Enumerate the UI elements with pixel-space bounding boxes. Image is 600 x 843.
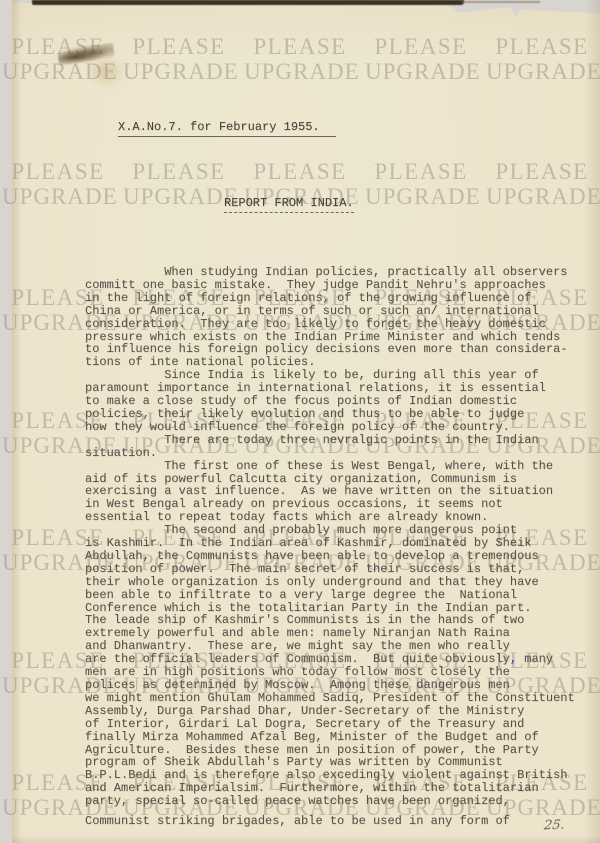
reference-heading: X.A.No.7. for February 1955.: [118, 120, 336, 137]
text-line: polices as determined by Moscow. Among t…: [85, 679, 575, 692]
scan-top-edge-right: [462, 1, 540, 3]
watermark-text: PLEASEUPGRADE: [486, 158, 598, 209]
text-line: party, special so-called peace watches h…: [85, 795, 575, 808]
text-line: finally Mirza Mohammed Afzal Beg, Minist…: [85, 731, 575, 744]
watermark-text: PLEASEUPGRADE: [244, 33, 356, 84]
text-line: how they would influence the foreign pol…: [85, 421, 575, 434]
text-line: There are today three nevralgic points i…: [85, 434, 575, 447]
blue-ink-mark: ,: [510, 652, 517, 666]
text-line: position of power. The main secret of th…: [85, 563, 575, 576]
text-line: policies, their likely evolution and thu…: [85, 408, 575, 421]
watermark-text: PLEASEUPGRADE: [486, 33, 598, 84]
text-line: consideration. They are too likely to fo…: [85, 318, 575, 331]
text-line: of Interior, Girdari Lal Dogra, Secretar…: [85, 718, 575, 731]
watermark-text: PLEASEUPGRADE: [2, 158, 114, 209]
scanned-document-page: PLEASEUPGRADEPLEASEUPGRADEPLEASEUPGRADEP…: [0, 0, 600, 843]
text-line: their whole organization is only undergr…: [85, 576, 575, 589]
body-text: When studying Indian policies, practical…: [85, 266, 575, 828]
report-title: REPORT FROM INDIA.: [224, 196, 354, 213]
text-line: Assembly, Durga Parshad Dhar, Under-Secr…: [85, 705, 575, 718]
watermark-text: PLEASEUPGRADE: [365, 33, 477, 84]
text-segment: are the official leaders of Communism. B…: [85, 652, 510, 666]
scan-top-edge: [32, 0, 464, 5]
watermark-text: PLEASEUPGRADE: [123, 158, 235, 209]
text-line: been able to infiltrate to a very large …: [85, 589, 575, 602]
text-line: we might mention Ghulam Mohammed Sadiq, …: [85, 692, 575, 705]
watermark-text: PLEASEUPGRADE: [123, 33, 235, 84]
text-line: The first one of these is West Bengal, w…: [85, 460, 575, 473]
page-number: 25.: [543, 818, 565, 834]
text-line: in the light of foreign relations, of th…: [85, 292, 575, 305]
text-line: is Kashmir. In the Indian area of Kashmi…: [85, 537, 575, 550]
paper-edge-shadow-bottom: [12, 835, 600, 843]
text-line: China or America, or in terms of such or…: [85, 305, 575, 318]
text-line: situation.: [85, 447, 575, 460]
text-line: Abdullah, the Communists have been able …: [85, 550, 575, 563]
watermark-text: PLEASEUPGRADE: [365, 158, 477, 209]
text-line: Communist striking brigades, able to be …: [85, 815, 575, 828]
text-segment: many: [517, 652, 553, 666]
text-line: committ one basic mistake. They judge Pa…: [85, 279, 575, 292]
text-line: When studying Indian policies, practical…: [85, 266, 575, 279]
faded-stain: [86, 56, 126, 88]
